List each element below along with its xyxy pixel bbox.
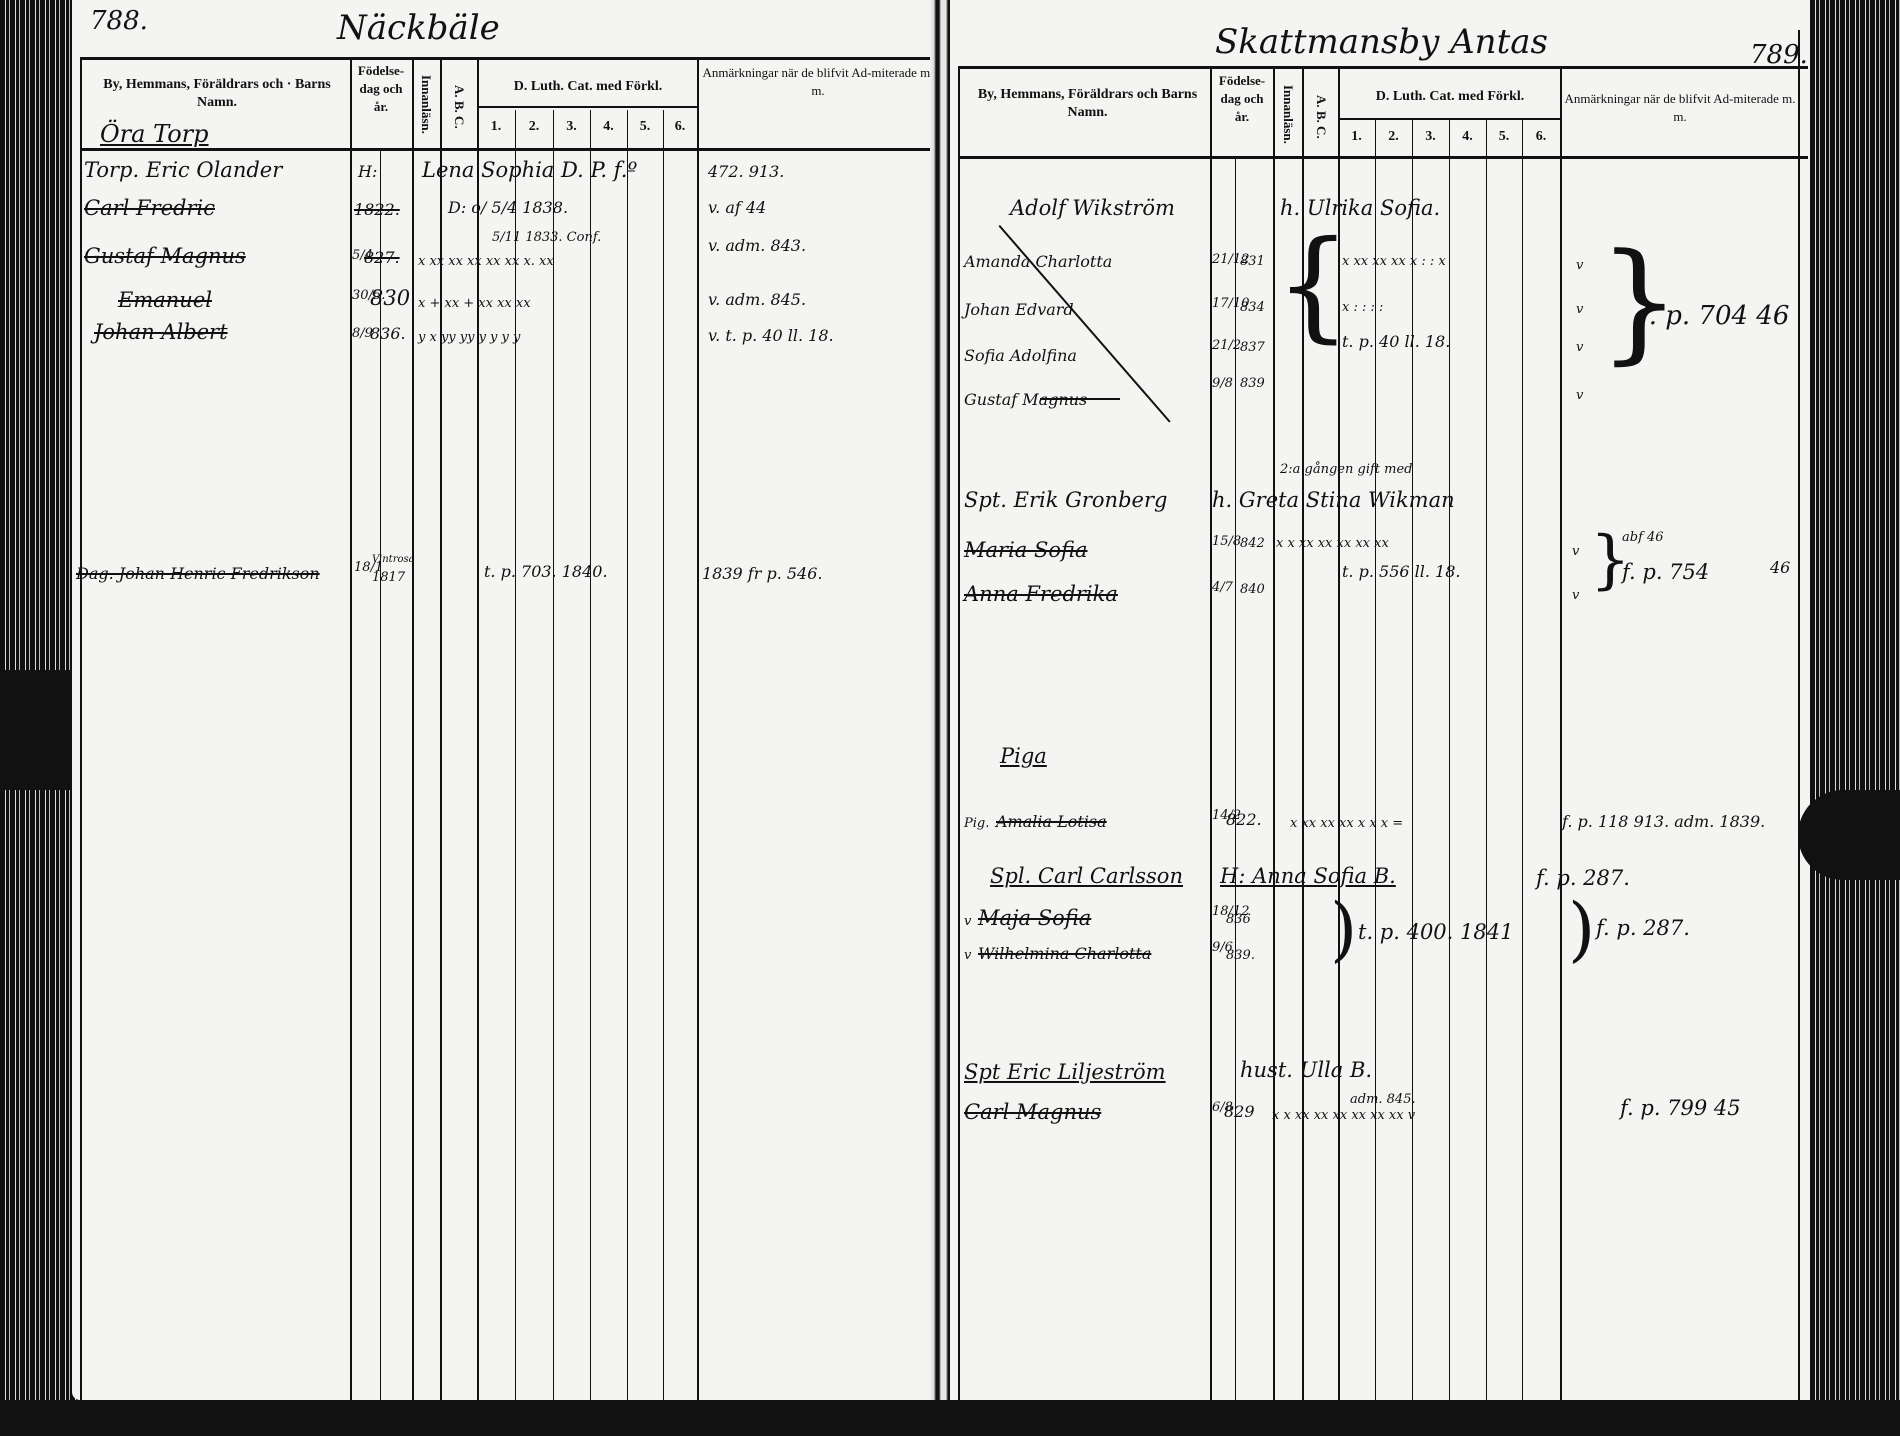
entry-name: Torp. Eric Olander xyxy=(84,158,282,182)
child-name: Gustaf Magnus xyxy=(964,388,1087,412)
household-spouse: h. Greta Stina Wikman xyxy=(1212,488,1455,512)
child-mark: v xyxy=(1572,584,1579,608)
child-cells: x xx xx xx x : : x xyxy=(1342,250,1446,274)
cat-subheader-rule xyxy=(477,106,697,108)
cat-subheader-rule xyxy=(1338,118,1560,120)
entry-name: Carl Fredric xyxy=(84,196,215,220)
thumb-shadow-right xyxy=(1798,790,1900,880)
left-page: 788. Näckbäle By, Hemmans, Föräldrars oc… xyxy=(72,0,942,1400)
col-rule xyxy=(663,110,664,1400)
entry-cells: x xx xx xx xx xx x. xx xyxy=(418,250,554,274)
cat-num-6: 6. xyxy=(663,118,697,136)
entry-remarks: v. af 44 xyxy=(708,196,766,220)
household-remarks: f. p. 754 xyxy=(1622,560,1709,584)
child-birth: 840 xyxy=(1240,578,1265,602)
brace-icon: { xyxy=(1275,226,1351,346)
child-name: Sofia Adolfina xyxy=(964,344,1077,368)
header-bottom-rule xyxy=(958,156,1808,159)
section-heading: Piga xyxy=(1000,744,1047,768)
child-birth-day: 4/7 xyxy=(1212,576,1233,600)
entry-cells: Lena Sophia D. P. f.º xyxy=(422,158,637,182)
right-page: Skattmansby Antas 789. By, Hemmans, Förä… xyxy=(950,0,1810,1410)
brace-icon: ) xyxy=(1330,894,1357,964)
entry-remarks: v. t. p. 40 ll. 18. xyxy=(708,324,834,348)
entry-birth: 1817 xyxy=(372,566,405,590)
cancel-stroke xyxy=(1040,398,1120,400)
entry-name: Emanuel xyxy=(118,288,212,312)
bottom-shadow xyxy=(0,1400,1900,1436)
col-rule xyxy=(1560,66,1562,1410)
brace-icon: ) xyxy=(1568,894,1595,964)
household-spouse: hust. Ulla B. xyxy=(1240,1058,1372,1082)
child-birth: 831 xyxy=(1240,250,1265,274)
household-remarks-year: 46 xyxy=(1770,556,1790,580)
table-left-border xyxy=(958,66,960,1410)
header-innanlasn-col: Innanläsn. xyxy=(1279,76,1297,152)
child-birth: 839. xyxy=(1226,944,1255,968)
entry-prefix: Pig. xyxy=(964,812,989,836)
child-cells: t. p. 556 ll. 18. xyxy=(1342,560,1461,584)
entry-name: Amalia Lotisa xyxy=(996,810,1107,834)
child-name: Wilhelmina Charlotta xyxy=(978,942,1151,966)
household-cells: t. p. 400. 1841 xyxy=(1358,920,1513,944)
entry-birth: 1822. xyxy=(354,198,400,222)
child-prefix: v xyxy=(964,910,971,934)
col-rule xyxy=(1412,118,1413,1410)
child-birth-day: 21/2 xyxy=(1212,334,1241,358)
entry-birth: 822. xyxy=(1226,808,1262,832)
entry-birth: 830 xyxy=(370,286,410,310)
header-bottom-rule xyxy=(80,148,940,151)
child-mark: v xyxy=(1572,540,1579,564)
child-name: Maria Sofia xyxy=(964,538,1088,562)
header-abc-col: A. B. C. xyxy=(1312,82,1330,152)
header-remarks-col: Anmärkningar när de blifvit Ad-miterade … xyxy=(1564,90,1796,126)
household-head: Adolf Wikström xyxy=(1010,196,1175,220)
household-remarks: f. p. 704 46 xyxy=(1640,304,1789,328)
col-rule xyxy=(590,110,591,1400)
village-heading-left: Näckbäle xyxy=(337,8,500,48)
entry-cells-upper: 5/11 1833. Conf. xyxy=(492,226,601,250)
child-birth: 839 xyxy=(1240,372,1265,396)
entry-birth: 827. xyxy=(364,246,400,270)
marriage-note: 2:a gången gift med xyxy=(1280,458,1413,482)
entry-name: Gustaf Magnus xyxy=(84,244,246,268)
table-right-border xyxy=(1798,30,1800,1410)
cat-num-2: 2. xyxy=(515,118,553,136)
header-cat-col: D. Luth. Cat. med Förkl. xyxy=(1340,88,1560,106)
header-name-col: By, Hemmans, Föräldrars och · Barns Namn… xyxy=(92,76,342,112)
entry-cells: t. p. 703. 1840. xyxy=(484,560,608,584)
header-birth-col: Födelse-dag och år. xyxy=(352,62,410,116)
child-mark: v xyxy=(1576,298,1583,322)
cat-num-2: 2. xyxy=(1375,128,1412,146)
cat-num-3: 3. xyxy=(553,118,590,136)
village-heading-right: Skattmansby Antas xyxy=(1215,22,1548,62)
cat-num-1: 1. xyxy=(1338,128,1375,146)
entry-remarks: v. adm. 845. xyxy=(708,288,806,312)
child-name: Maja Sofia xyxy=(978,906,1091,930)
cat-num-1: 1. xyxy=(477,118,515,136)
col-rule xyxy=(412,57,414,1400)
table-left-border xyxy=(80,57,82,1400)
household-head: Spl. Carl Carlsson xyxy=(990,864,1183,888)
cat-num-3: 3. xyxy=(1412,128,1449,146)
child-birth: 834 xyxy=(1240,296,1265,320)
header-name-col: By, Hemmans, Föräldrars och Barns Namn. xyxy=(970,86,1205,122)
cat-num-5: 5. xyxy=(627,118,663,136)
child-birth: 842 xyxy=(1240,532,1265,556)
child-birth: 837 xyxy=(1240,336,1265,360)
entry-name: Johan Albert xyxy=(94,320,228,344)
col-rule xyxy=(1449,118,1450,1410)
entry-cells: D: o/ 5/4 1838. xyxy=(448,196,568,220)
page-number-left: 788. xyxy=(90,6,148,36)
col-rule xyxy=(627,110,628,1400)
child-cells: t. p. 40 ll. 18. xyxy=(1342,330,1450,354)
household-head: Spt. Erik Gronberg xyxy=(964,488,1167,512)
book-edge-right xyxy=(1810,0,1900,1436)
cat-num-4: 4. xyxy=(590,118,627,136)
cat-num-6: 6. xyxy=(1522,128,1560,146)
child-cells: x x xx xx xx xx xx xyxy=(1276,532,1389,556)
household-remarks: f. p. 287. xyxy=(1596,916,1690,940)
household-head-remarks: f. p. 287. xyxy=(1536,866,1630,890)
child-prefix: v xyxy=(964,944,971,968)
household-remarks-upper: abf 46 xyxy=(1622,526,1664,550)
cat-num-4: 4. xyxy=(1449,128,1486,146)
entry-remarks: 1839 fr p. 546. xyxy=(702,562,823,586)
header-innanlasn-col: Innanläsn. xyxy=(417,66,435,142)
child-mark: v xyxy=(1576,384,1583,408)
entry-cells: x xx xx xx x x x = xyxy=(1290,812,1403,836)
header-birth-col: Födelse-dag och år. xyxy=(1212,72,1272,126)
col-rule xyxy=(553,110,554,1400)
header-top-rule xyxy=(80,57,940,60)
entry-birth: H: xyxy=(358,160,377,184)
household-head: Spt Eric Liljeström xyxy=(964,1060,1166,1084)
child-birth-day: 15/8 xyxy=(1212,530,1241,554)
child-name: Johan Edvard xyxy=(964,298,1074,322)
cat-num-5: 5. xyxy=(1486,128,1522,146)
entry-cells: y x yy yy y y y y xyxy=(418,326,520,350)
entry-remarks: v. adm. 843. xyxy=(708,234,806,258)
col-rule xyxy=(1522,118,1523,1410)
entry-remarks: f. p. 118 913. adm. 1839. xyxy=(1562,810,1765,834)
entry-remarks: 472. 913. xyxy=(708,160,784,184)
child-cells: x x xx xx xx xx xx xx v xyxy=(1272,1104,1415,1128)
child-name: Anna Fredrika xyxy=(964,582,1118,606)
child-mark: v xyxy=(1576,336,1583,360)
section-heading: Öra Torp xyxy=(100,122,209,146)
header-remarks-col: Anmärkningar när de blifvit Ad-miterade … xyxy=(702,64,934,100)
col-rule xyxy=(697,57,699,1400)
child-birth: 836 xyxy=(1226,908,1251,932)
child-name: Carl Magnus xyxy=(964,1100,1101,1124)
child-birth: 829 xyxy=(1224,1100,1255,1124)
entry-birth: 836. xyxy=(370,322,406,346)
child-birth-day: 9/8 xyxy=(1212,372,1233,396)
header-abc-col: A. B. C. xyxy=(450,72,468,142)
header-cat-col: D. Luth. Cat. med Förkl. xyxy=(479,78,697,96)
child-remarks: f. p. 799 45 xyxy=(1620,1096,1741,1120)
entry-cells: x + xx + xx xx xx xyxy=(418,292,531,316)
household-spouse: H: Anna Sofia B. xyxy=(1220,864,1396,888)
col-rule xyxy=(1486,118,1487,1410)
header-top-rule xyxy=(958,66,1808,69)
child-mark: v xyxy=(1576,254,1583,278)
entry-name: Dag. Johan Henric Fredrikson xyxy=(76,562,320,586)
